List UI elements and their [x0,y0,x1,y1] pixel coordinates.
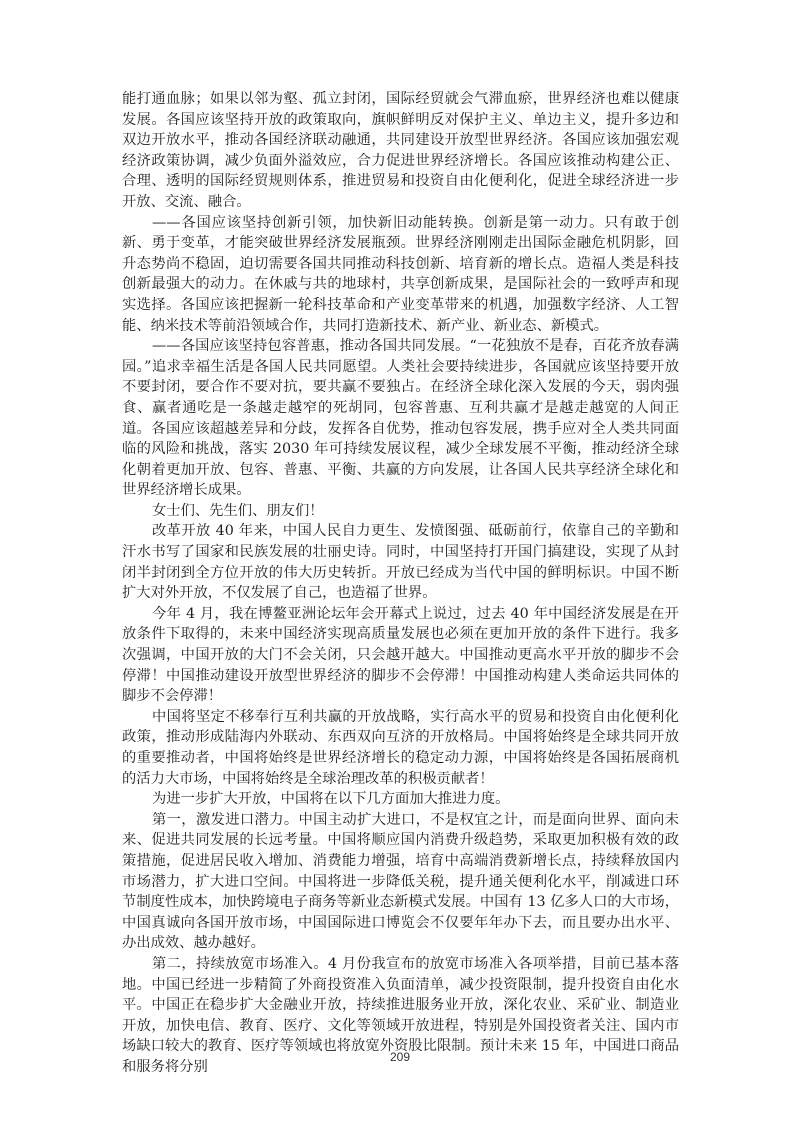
paragraph-2: ——各国应该坚持创新引领，加快新旧动能转换。创新是第一动力。只有敢于创新、勇于变… [122,213,679,337]
paragraph-4: 女士们、先生们、朋友们！ [122,501,679,522]
page-number: 209 [0,1050,800,1064]
paragraph-1: 能打通血脉；如果以邻为壑、孤立封闭，国际经贸就会气滞血瘀，世界经济也难以健康发展… [122,89,679,213]
paragraph-8: 为进一步扩大开放，中国将在以下几方面加大推进力度。 [122,789,679,810]
document-page: 能打通血脉；如果以邻为壑、孤立封闭，国际经贸就会气滞血瘀，世界经济也难以健康发展… [0,0,800,1133]
paragraph-3: ——各国应该坚持包容普惠，推动各国共同发展。“一花独放不是春，百花齐放春满园。”… [122,336,679,501]
paragraph-9: 第一，激发进口潜力。中国主动扩大进口，不是权宜之计，而是面向世界、面向未来、促进… [122,810,679,954]
paragraph-6: 今年 4 月，我在博鳌亚洲论坛年会开幕式上说过，过去 40 年中国经济发展是在开… [122,604,679,707]
body-text: 能打通血脉；如果以邻为壑、孤立封闭，国际经贸就会气滞血瘀，世界经济也难以健康发展… [122,89,679,1078]
paragraph-7: 中国将坚定不移奉行互利共赢的开放战略，实行高水平的贸易和投资自由化便利化政策，推… [122,707,679,789]
paragraph-5: 改革开放 40 年来，中国人民自力更生、发愤图强、砥砺前行，依靠自己的辛勤和汗水… [122,521,679,603]
